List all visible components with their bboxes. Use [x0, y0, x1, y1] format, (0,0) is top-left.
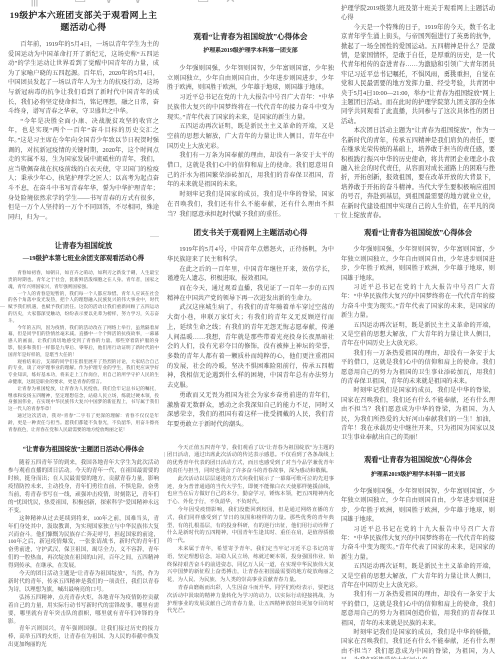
essay-untitled-section: 今天正值五四青年节，我们观看了以“让青春为祖国绽放”为主题的团日活动，通过出席此… — [167, 445, 334, 617]
essay-paragraph: 今天正值五四青年节，我们观看了以“让青春为祖国绽放”为主题的团日活动，通过出席此… — [167, 445, 334, 476]
essay-title: 团支书关于观看网上主题活动心得 — [167, 228, 334, 237]
essay-title: 观看“让青春为祖国绽放”心得体会 — [341, 229, 495, 238]
essay-paragraph: 通过这次活动，我对“青春”二字有了更深的理解：青春不仅仅是年龄，更是一种责任与担… — [8, 413, 159, 433]
essay-paragraph: 观看结束后，支部的同学们在群里展开了热烈的讨论，大家结合自己的专业，谈了对护理事… — [8, 359, 159, 386]
essay-paragraph: 勇敢而又无畏为祖国为社会为家乡奋勇前进的青年们，激励着无数群众，感动之余我深知自… — [167, 391, 334, 430]
essay-paragraph: 一个人的青春是短暂的，我们每一个人都应珍惜。青年人应该在社会的各个角落中发光发热… — [8, 291, 159, 325]
essay-paragraph: 这种精神从过去延续到将来，100年之前，国难当头，青年们身处其中，汲取教训，为实… — [8, 516, 159, 571]
essay-paragraph: 少年强则国强，少年智则国智，少年富则国富，少年独立则国独立，少年自由则国自由，少… — [341, 487, 495, 525]
essay-class6-section: 19级护本六班团支部关于观看网上主题活动心得 百年前，1919年的5月4日，一场… — [8, 10, 159, 222]
essay-paragraph: 今天的团日活动主题是“让青春为祖国绽放”，当然，作为新时代的青年，传承五四精神是… — [8, 571, 159, 595]
essay-paragraph: 青年兴则国兴，青年强则国强。让我们接过历史的接力棒，高举五四的火炬，让青春在为祖… — [8, 626, 159, 650]
essay-paragraph: 此次活动以层层递进的方式向我们展示了一幕幕可歌可泣的先进事迹，身为普普通通的当代… — [167, 476, 334, 507]
essay-subtitle: —19级护本第七班业余团支部观看活动心得 — [8, 255, 159, 263]
essay-paragraph: 少年强则国强，少年智则国智，少年富则国富，少年独立则国独立，少年自由则国自由，少… — [167, 64, 334, 93]
scan-artifact — [0, 306, 5, 307]
essay-paragraph: 少年强则国强，少年智则国智，少年富则国富，少年独立则国独立，少年自由则国自由，少… — [341, 245, 495, 283]
essay-paragraph: 随着五四青年节的到来，我国各地青年大学生为此次活动参与观看直播的团日活动。今天的… — [8, 460, 159, 515]
essay-paragraph: 百年前，1919年的5月4日，一场以青年学生为主的爱国运动为中国革命打开了新纪元… — [8, 40, 159, 117]
essay-paragraph: 而在今天，通过观看直播，我见证了一百年一步的五四精神在中国共产党的领导下再一次迸… — [167, 284, 334, 303]
essay-paragraph: 我们有一万条为国奉献的理由，却没有一条安于太平的借口，这就是我们心中的信仰和肩上… — [167, 151, 334, 190]
essay-paragraph: 今年因受疫情影响，我们没能回到校园，但是通过网络直播的方式，我们同样感受到了节日… — [167, 507, 334, 546]
scan-artifact — [164, 452, 165, 457]
essay-paragraph: 1919年的5月4号，中国青年点燃怒火，正待扬帆，为中华民族迎来了民主和科学。 — [167, 245, 334, 264]
essay-paragraph: 五四运动再次证明，既是新民主主义革命的开端，又是空前的思想大解放，广大青年的力量… — [167, 122, 334, 151]
essay-paragraph: 武汉这座城生病了，有我们的青年骑着单车穿过空荡的大街小巷，串联万家灯火；有我们的… — [167, 303, 334, 390]
essay-title: 观看“让青春为祖国绽放”心得体会 — [341, 456, 495, 465]
essay-subtitle: 护理系2019级护理学本科第一团支部 — [167, 47, 334, 55]
column-middle: 观看“让青春为祖国绽放”心得体会 护理系2019级护理学本科第一团支部 少年强则… — [167, 0, 334, 659]
essay-paragraph: 未来属于青年，希望寄予青年。我们定当牢记习近平总书记的寄语，坚定理想信念，站稳人… — [167, 546, 334, 585]
essay-paragraph: 弘扬五四精神，点亮青春火炬，各地青年为疫情防控贡献着自己的力量，用实际行动书写新… — [8, 595, 159, 627]
essay-class9-section: 护理学院2019级第九班及第十班关于观看网上主题活动心得 今天是一个特殊的日子，… — [341, 4, 495, 220]
essay-paragraph: 今年的五四，因为疫情，我们的活动改在了网络上举行，虽然隔着屏幕，但是同学们的热情… — [8, 325, 159, 359]
essay-paragraph: 青春由磨砺而出彩，人生因奋斗而升华。同学们纷纷表示，要把这次活动中汲取的精神力量… — [167, 585, 334, 616]
essay-reflection-section: 观看“让青春为祖国绽放”心得体会 少年强则国强，少年智则国智，少年富则国富，少年… — [341, 229, 495, 443]
essay-paragraph: 我们有一万条热爱祖国的理由，却没有一条安于太平的借口，这就是我们心中的信仰和肩上… — [341, 590, 495, 628]
essay-paragraph: 习近平总书记在党的十九大报告中号召广大青年：“中华民族伟大复兴的中国梦终将在一代… — [341, 525, 495, 563]
essay-paragraph: 我们有一万条热爱祖国的理由，却没有一条安于太平的借口，这就是我们心中的信仰和肩上… — [341, 349, 495, 387]
essay-paragraph: 习近平总书记在党的十九大报告中号召广大青年：“中华民族伟大复兴的中国梦终将在一代… — [341, 283, 495, 321]
essay-themeday-section: “让青春为祖国绽放”主题团日活动心得体会 随着五四青年节的到来，我国各地青年大学… — [8, 446, 159, 650]
essay-paragraph: 习近平总书记在党的十九大报告中号召广大青年：“中华民族伟大复兴的中国梦终将在一代… — [167, 93, 334, 122]
essay-paragraph: 青春如初春，如朝日，如百卉之萌动，如利刃之新发于硎，人生最宝贵的时期也。青年之于… — [8, 270, 159, 290]
essay-inline-title: 护理学院2019级第九班及第十班关于观看网上主题活动心得 — [341, 4, 495, 23]
essay-paragraph: 在此之后的一百年里，中国青年继往开来，效仿学长，谨遵先人遗志，积极进取，报效祖国… — [167, 265, 334, 284]
essay-paragraph: 时刻牢记我们是国家的成员，我们是中华的脊梁，国家在召唤我们，我们还有什么不能奉献… — [341, 386, 495, 442]
essay-paragraph: 本次团日活动主题为“让青春为祖国绽放”，作为一名新时代的青年，传承五四精神是我们… — [341, 126, 495, 220]
essay-title: 让青春为祖国绽放 — [8, 242, 159, 251]
essay-paragraph: 让青春为祖国绽放，让青春为人民绽放。我们会牢记总书记的嘱托，继承和发扬五四精神，… — [8, 386, 159, 413]
column-right: 护理学院2019级第九班及第十班关于观看网上主题活动心得 今天是一个特殊的日子，… — [341, 0, 495, 659]
scanned-document-page: ||| ▭ ∨ ∨ ▭ ✕ 19级护本六班团支部关于观看网上主题活动心得 百年前… — [0, 0, 500, 659]
essay-title: 19级护本六班团支部关于观看网上主题活动心得 — [8, 10, 159, 33]
essay-title: 观看“让青春为祖国绽放”心得体会 — [167, 32, 334, 41]
essay-subtitle: 护理系2019级护理学本科第一团支部 — [341, 471, 495, 479]
essay-branch1-repeat-section: 观看“让青春为祖国绽放”心得体会 护理系2019级护理学本科第一团支部 少年强则… — [341, 456, 495, 659]
essay-branch1-section: 观看“让青春为祖国绽放”心得体会 护理系2019级护理学本科第一团支部 少年强则… — [167, 32, 334, 219]
scan-artifact — [334, 213, 340, 214]
essay-title: “让青春为祖国绽放”主题团日活动心得体会 — [8, 446, 159, 454]
essay-secretary-section: 团支书关于观看网上主题活动心得 1919年的5月4号，中国青年点燃怒火，正待扬帆… — [167, 228, 334, 429]
scan-artifact — [336, 214, 337, 218]
essay-paragraph: 时刻牢记我们是国家的成员，我们是中华的脊梁，国家在召唤我们，我们还有什么不能奉献… — [167, 190, 334, 219]
essay-paragraph: 时刻牢记我们是国家的成员，我们是中华的骄傲，国家在召唤我们，我们还有什么不能奉献… — [341, 628, 495, 659]
essay-paragraph: 五四运动再次证明，既是新民主主义革命的开端，又是空前的思想大解放，广大青年的力量… — [341, 562, 495, 590]
column-left: 19级护本六班团支部关于观看网上主题活动心得 百年前，1919年的5月4日，一场… — [8, 0, 159, 659]
essay-paragraph: “今年是决胜全面小康、决战脱贫攻坚的收官之年，也是实现“两个一百年”奋斗目标的历… — [8, 117, 159, 223]
essay-paragraph: 今天是一个特殊的日子，1919年的今天，数千名北京青年学生涌上街头，与帝国列强进… — [341, 23, 495, 126]
essay-class7-section: 让青春为祖国绽放 —19级护本第七班业余团支部观看活动心得 青春如初春，如朝日，… — [8, 242, 159, 433]
essay-paragraph: 五四运动再次证明，既是新民主主义革命的开端，又是空前的思想大解放，广大青年的力量… — [341, 321, 495, 349]
